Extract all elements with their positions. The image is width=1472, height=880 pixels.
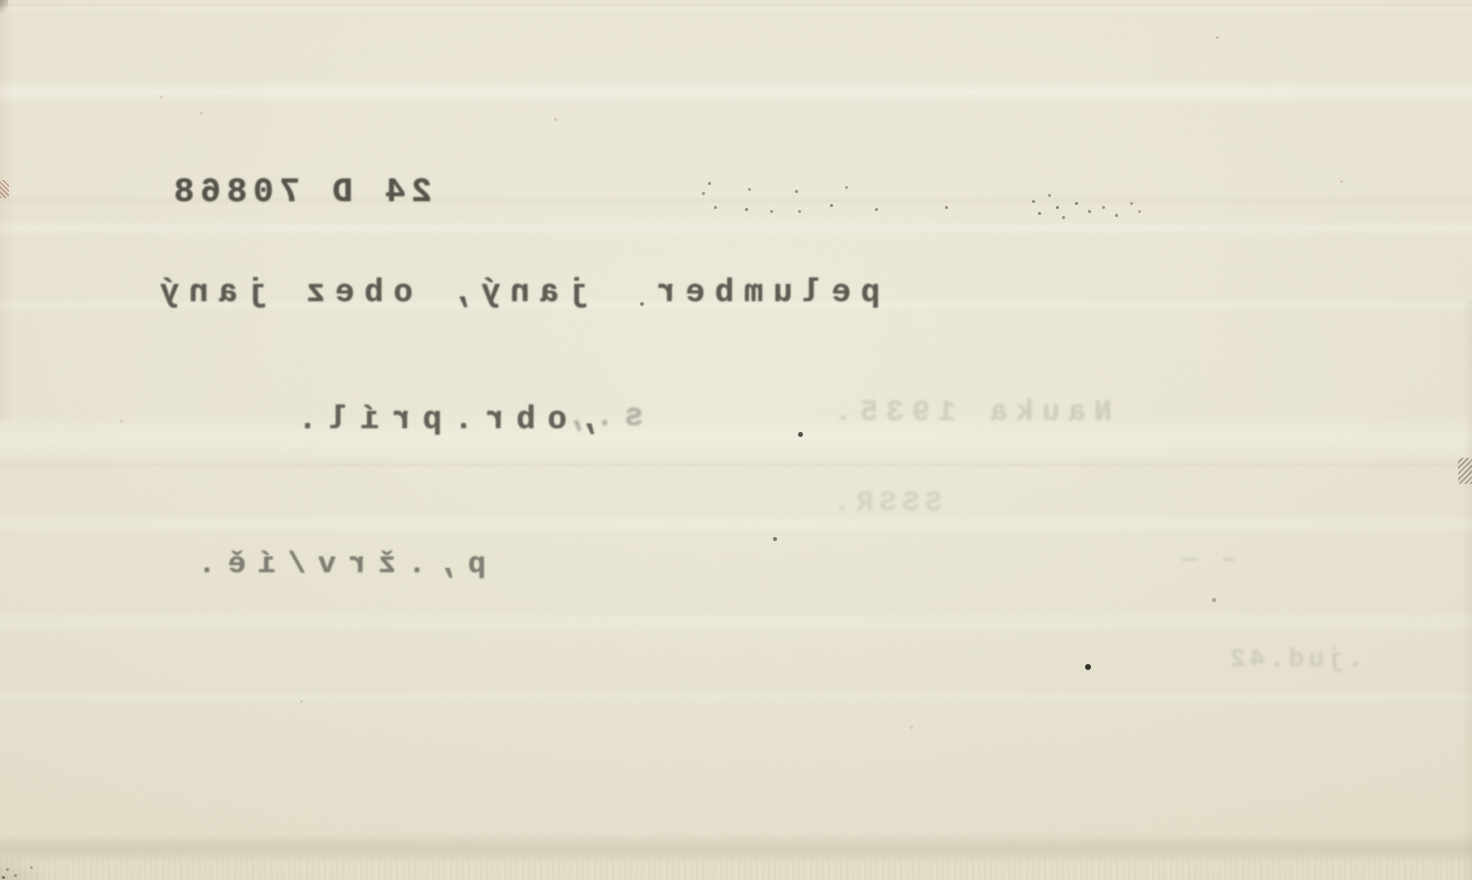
paper-band (0, 196, 1472, 205)
ink-dot (640, 302, 644, 306)
bottom-texture-zone (0, 858, 1472, 880)
paper-band (0, 80, 1472, 104)
paper-band (0, 462, 1472, 468)
top-left-corner-mark (0, 0, 8, 13)
top-crease (0, 4, 1472, 12)
paper-band (0, 220, 1472, 236)
ghost-text-jud: .jud.42 (1226, 644, 1363, 674)
paper-band (0, 610, 1472, 634)
ghost-line-speckles (700, 176, 703, 179)
bleedthrough-line-3-fragment: s., (556, 398, 644, 435)
bleedthrough-shelfmark: 24 D 70868 (168, 174, 432, 212)
paper-specks (0, 0, 3, 3)
bottom-left-smudge (0, 842, 80, 880)
ghost-text-dashes: – — (1178, 544, 1237, 574)
paper-band (0, 298, 1472, 312)
bleedthrough-line-2: pelumber janý, obez janý (150, 274, 880, 311)
scanned-card-sheet: 24 D 70868 pelumber janý, obez janý ,obr… (0, 0, 1472, 880)
ghost-text-sssr: SSSR. (828, 488, 942, 519)
left-edge-shading (0, 0, 14, 420)
paper-grain-overlay (0, 0, 1472, 880)
paper-band (0, 414, 1472, 462)
ink-dot (1085, 664, 1091, 670)
bleedthrough-line-3: ,obr.príl. (286, 401, 598, 438)
right-edge-hatch-mark (1458, 458, 1472, 484)
paper-band (0, 690, 1472, 706)
paper-band (0, 514, 1472, 534)
ink-dot (773, 537, 777, 541)
bottom-crease (0, 834, 1472, 862)
scan-streaks (0, 0, 1472, 880)
right-edge-shading (1462, 300, 1472, 880)
left-edge-hatch-mark (0, 180, 9, 198)
top-left-crease (117, 79, 270, 137)
ink-dot (798, 432, 803, 437)
ink-dot (1212, 598, 1216, 602)
bleedthrough-line-3-ghost: Nauka 1935. (826, 396, 1112, 430)
bleedthrough-line-4: p,.žrv/íě. (186, 548, 486, 582)
